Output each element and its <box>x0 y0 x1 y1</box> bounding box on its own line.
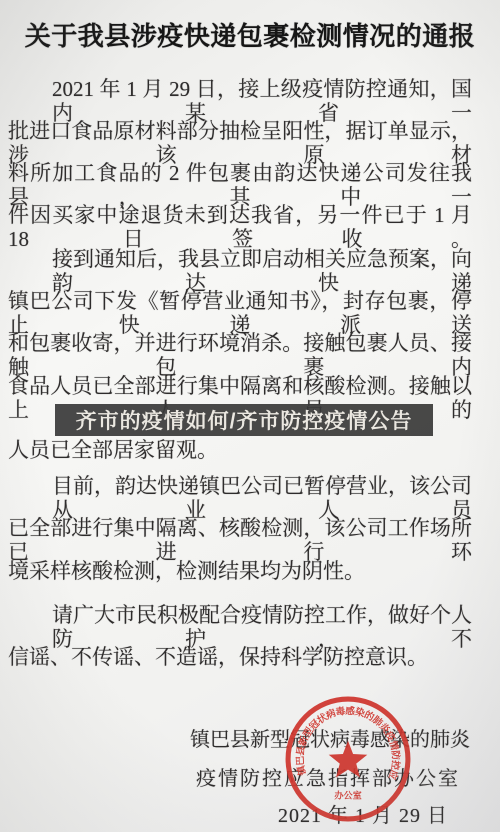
body-line: 请广大市民积极配合疫情防控工作，做好个人防护，不 <box>8 603 472 651</box>
body-line: 接到通知后，我县立即启动相关应急预案，向韵达快递 <box>8 247 472 295</box>
body-line: 境采样核酸检测，检测结果均为阴性。 <box>8 559 472 583</box>
body-line: 和包裹收寄，并进行环境消杀。接触包裹人员、接触包裹内 <box>8 331 472 379</box>
body-line: 批进口食品原材料部分抽检呈阳性，据订单显示，涉该原材 <box>8 119 472 167</box>
body-line: 已全部进行集中隔离、核酸检测，该公司工作场所已进行环 <box>8 516 472 564</box>
seal-star-icon <box>329 741 368 778</box>
body-line: 信谣、不传谣、不造谣，保持科学防控意识。 <box>8 645 472 669</box>
body-line: 2021 年 1 月 29 日，接上级疫情防控通知，国内某省一 <box>8 77 472 125</box>
overlay-caption-band: 齐市的疫情如何/齐市防控疫情公告 <box>55 404 433 436</box>
notice-photo: 关于我县涉疫快递包裹检测情况的通报 2021 年 1 月 29 日，接上级疫情防… <box>0 0 500 832</box>
overlay-caption-text: 齐市的疫情如何/齐市防控疫情公告 <box>76 405 413 435</box>
body-line: 镇巴公司下发《暂停营业通知书》，封存包裹，停止快递派送 <box>8 289 472 337</box>
official-seal: 镇巴县新型冠状病毒感染的肺炎疫情防控应急指挥部 办公室 <box>283 694 413 824</box>
body-line: 目前，韵达快递镇巴公司已暂停营业，该公司从业人员 <box>8 474 472 522</box>
body-line: 件因买家中途退货未到达我省，另一件已于 1 月 18 日签收。 <box>8 203 472 251</box>
seal-inner-text: 办公室 <box>334 790 361 801</box>
body-line: 人员已全部居家留观。 <box>8 438 472 462</box>
document-title: 关于我县涉疫快递包裹检测情况的通报 <box>14 16 486 53</box>
body-line: 料所加工食品的 2 件包裹由韵达快递公司发往我县，其中一 <box>8 161 472 209</box>
